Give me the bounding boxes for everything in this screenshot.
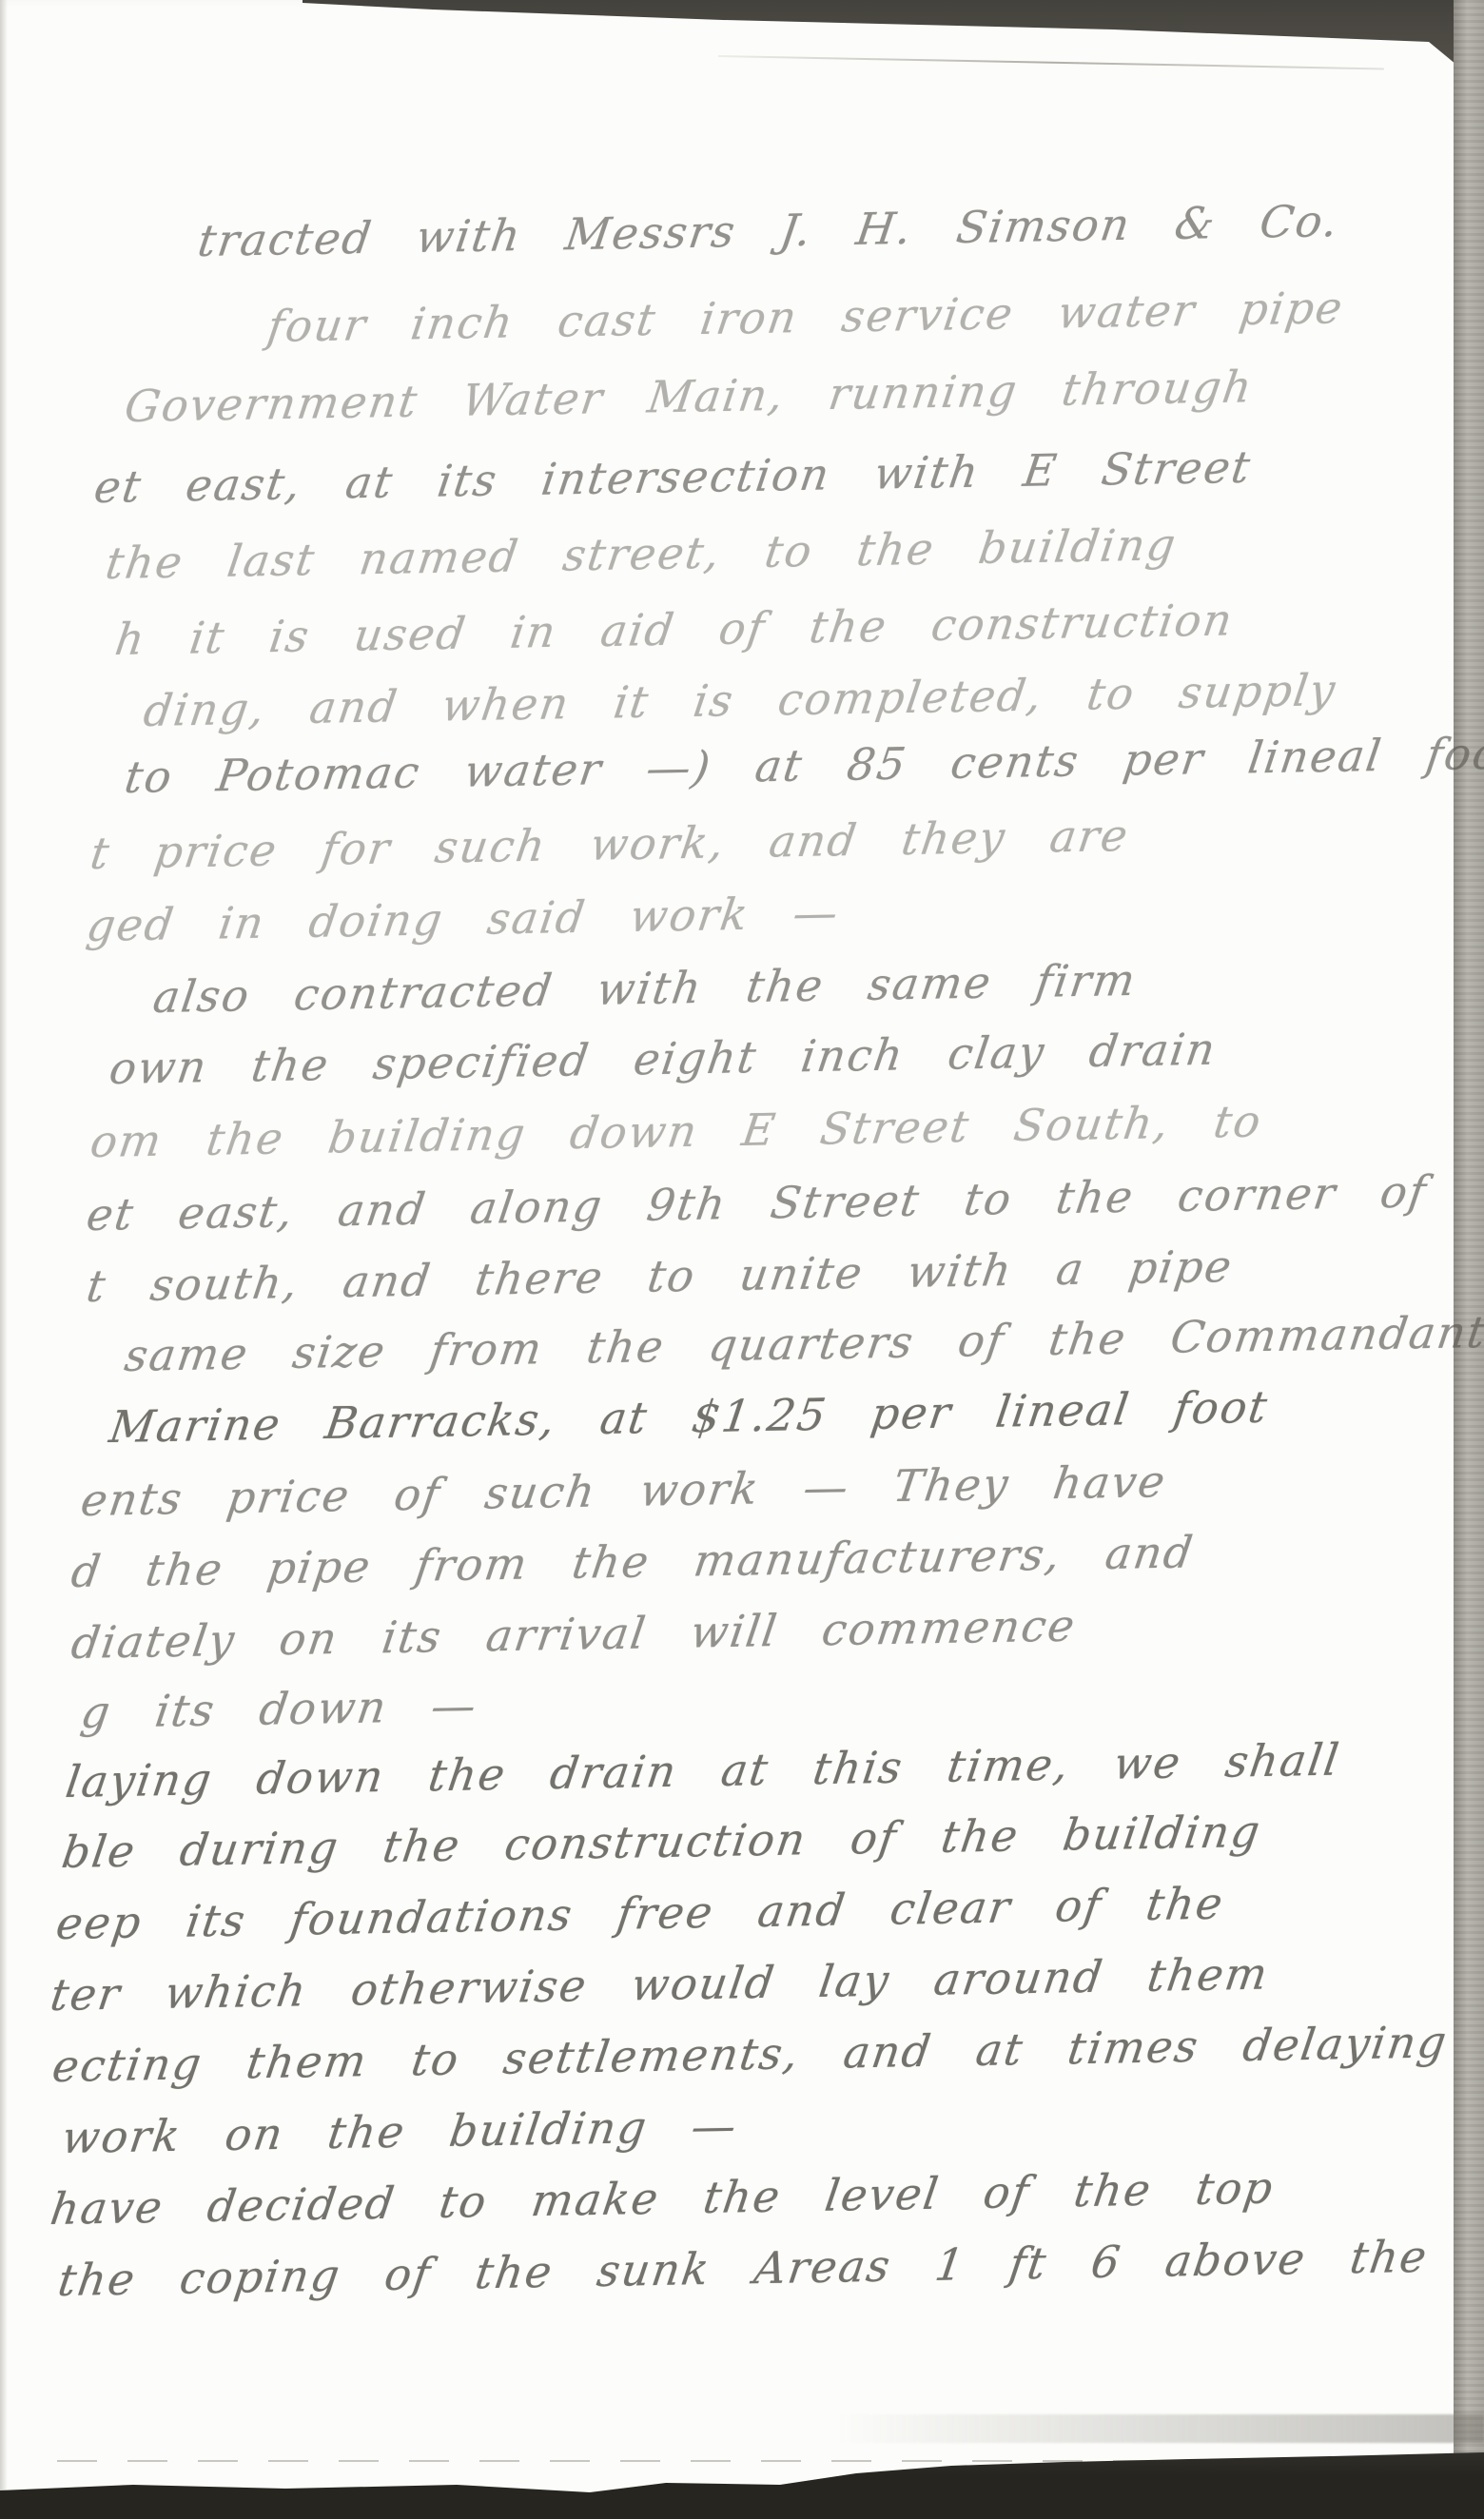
handwritten-line: Marine Barracks, at $1.25 per lineal foo… <box>107 1383 1272 1452</box>
handwritten-line: diately on its arrival will commence <box>68 1601 1079 1667</box>
handwritten-line: own the specified eight inch clay drain <box>107 1025 1220 1093</box>
handwritten-line: same size from the quarters of the Comma… <box>122 1308 1484 1380</box>
handwritten-line: h it is used in aid of the construction <box>112 596 1237 663</box>
handwritten-line: laying down the drain at this time, we s… <box>63 1735 1343 1806</box>
handwritten-line: om the building down E Street South, to <box>88 1097 1265 1165</box>
handwritten-line: ter which otherwise would lay around the… <box>48 1950 1272 2020</box>
handwritten-line: tracted with Messrs J. H. Simson & Co. <box>195 197 1342 265</box>
scanned-page: tracted with Messrs J. H. Simson & Co.fo… <box>0 0 1484 2519</box>
handwritten-line: et east, and along 9th Street to the cor… <box>84 1167 1431 1239</box>
handwritten-line: ble during the construction of the build… <box>59 1807 1264 1877</box>
handwritten-line: also contracted with the same firm <box>150 956 1140 1022</box>
handwritten-line: to Potomac water —) at 85 cents per line… <box>122 729 1484 801</box>
handwritten-line: d the pipe from the manufacturers, and <box>68 1528 1198 1595</box>
handwritten-line: t price for such work, and they are <box>88 811 1132 878</box>
handwritten-line: four inch cast iron service water pipe <box>264 283 1347 350</box>
handwritten-line: et east, at its intersection with E Stre… <box>91 443 1255 512</box>
handwritten-line: ecting them to settlements, and at times… <box>49 2018 1451 2090</box>
handwritten-line: have decided to make the level of the to… <box>48 2163 1278 2233</box>
handwritten-line: work on the building — <box>59 2101 741 2161</box>
handwritten-line: g its down — <box>78 1682 480 1737</box>
handwritten-text-block: tracted with Messrs J. H. Simson & Co.fo… <box>0 0 1484 2519</box>
handwritten-line: the last named street, to the building <box>103 520 1180 587</box>
handwritten-line: ged in doing said work — <box>84 888 843 950</box>
handwritten-line: the coping of the sunk Areas 1 ft 6 abov… <box>55 2233 1432 2305</box>
handwritten-line: eep its foundations free and clear of th… <box>53 1879 1227 1947</box>
handwritten-line: ding, and when it is completed, to suppl… <box>141 666 1339 735</box>
handwritten-line: Government Water Main, running through <box>122 362 1257 430</box>
handwritten-line: t south, and there to unite with a pipe <box>84 1242 1236 1311</box>
handwritten-line: ents price of such work — They have <box>78 1457 1169 1525</box>
